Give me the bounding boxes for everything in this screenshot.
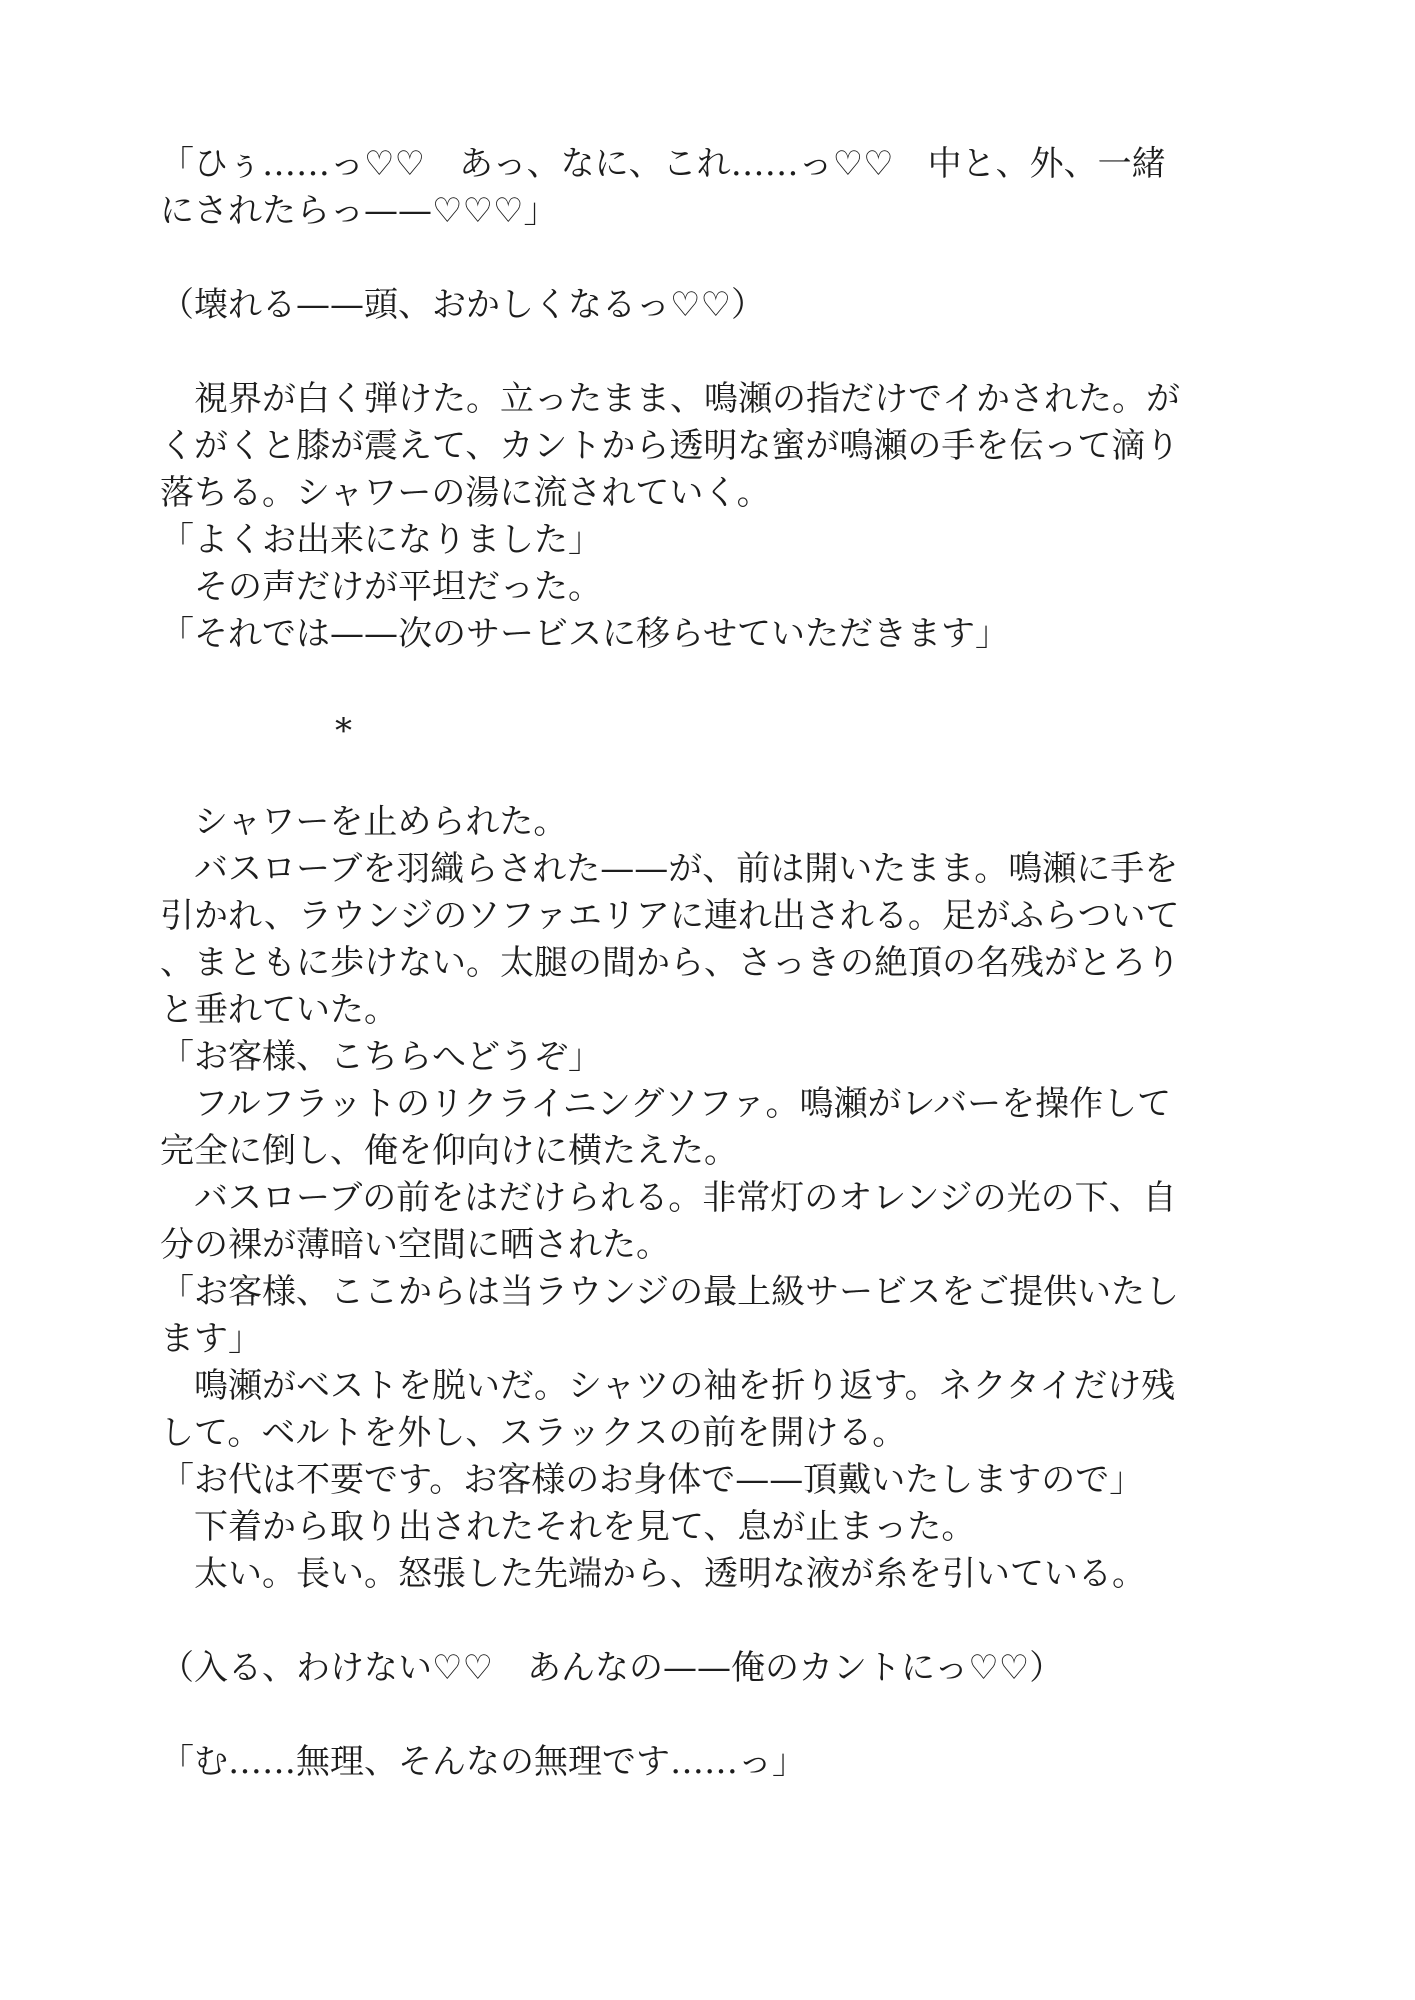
text-line	[160, 329, 1260, 376]
text-line: フルフラットのリクライニングソファ。鳴瀬がレバーを操作して	[160, 1081, 1260, 1128]
text-line: バスローブを羽織らされた——が、前は開いたまま。鳴瀬に手を	[160, 846, 1260, 893]
document-page: 「ひぅ……っ♡♡ あっ、なに、これ……っ♡♡ 中と、外、一緒にされたらっ——♡♡…	[0, 0, 1415, 2000]
text-line: 「お客様、こちらへどうぞ」	[160, 1034, 1260, 1081]
section-separator: *	[160, 705, 1260, 752]
text-content: 「ひぅ……っ♡♡ あっ、なに、これ……っ♡♡ 中と、外、一緒にされたらっ——♡♡…	[160, 141, 1260, 1786]
text-line: （壊れる——頭、おかしくなるっ♡♡）	[160, 282, 1260, 329]
text-line: 鳴瀬がベストを脱いだ。シャツの袖を折り返す。ネクタイだけ残	[160, 1363, 1260, 1410]
text-line	[160, 658, 1260, 705]
text-line	[160, 752, 1260, 799]
text-line: 「よくお出来になりました」	[160, 517, 1260, 564]
text-line: して。ベルトを外し、スラックスの前を開ける。	[160, 1410, 1260, 1457]
text-line: 太い。長い。怒張した先端から、透明な液が糸を引いている。	[160, 1551, 1260, 1598]
text-line: 「それでは——次のサービスに移らせていただきます」	[160, 611, 1260, 658]
text-line	[160, 1598, 1260, 1645]
text-line: くがくと膝が震えて、カントから透明な蜜が鳴瀬の手を伝って滴り	[160, 423, 1260, 470]
text-line: 「お代は不要です。お客様のお身体で——頂戴いたしますので」	[160, 1457, 1260, 1504]
text-line: 引かれ、ラウンジのソファエリアに連れ出される。足がふらついて	[160, 893, 1260, 940]
text-line: 落ちる。シャワーの湯に流されていく。	[160, 470, 1260, 517]
text-line: シャワーを止められた。	[160, 799, 1260, 846]
text-line: 下着から取り出されたそれを見て、息が止まった。	[160, 1504, 1260, 1551]
text-line: （入る、わけない♡♡ あんなの——俺のカントにっ♡♡）	[160, 1645, 1260, 1692]
text-line: 分の裸が薄暗い空間に晒された。	[160, 1222, 1260, 1269]
text-line: バスローブの前をはだけられる。非常灯のオレンジの光の下、自	[160, 1175, 1260, 1222]
text-line: 、まともに歩けない。太腿の間から、さっきの絶頂の名残がとろり	[160, 940, 1260, 987]
text-line: にされたらっ——♡♡♡」	[160, 188, 1260, 235]
asterisk-glyph: *	[335, 711, 352, 751]
text-line: その声だけが平坦だった。	[160, 564, 1260, 611]
text-line: 「お客様、ここからは当ラウンジの最上級サービスをご提供いたし	[160, 1269, 1260, 1316]
text-line: ます」	[160, 1316, 1260, 1363]
text-line	[160, 1692, 1260, 1739]
text-line: と垂れていた。	[160, 987, 1260, 1034]
text-line: 視界が白く弾けた。立ったまま、鳴瀬の指だけでイかされた。が	[160, 376, 1260, 423]
text-line	[160, 235, 1260, 282]
text-line: 完全に倒し、俺を仰向けに横たえた。	[160, 1128, 1260, 1175]
text-line: 「む……無理、そんなの無理です……っ」	[160, 1739, 1260, 1786]
text-line: 「ひぅ……っ♡♡ あっ、なに、これ……っ♡♡ 中と、外、一緒	[160, 141, 1260, 188]
